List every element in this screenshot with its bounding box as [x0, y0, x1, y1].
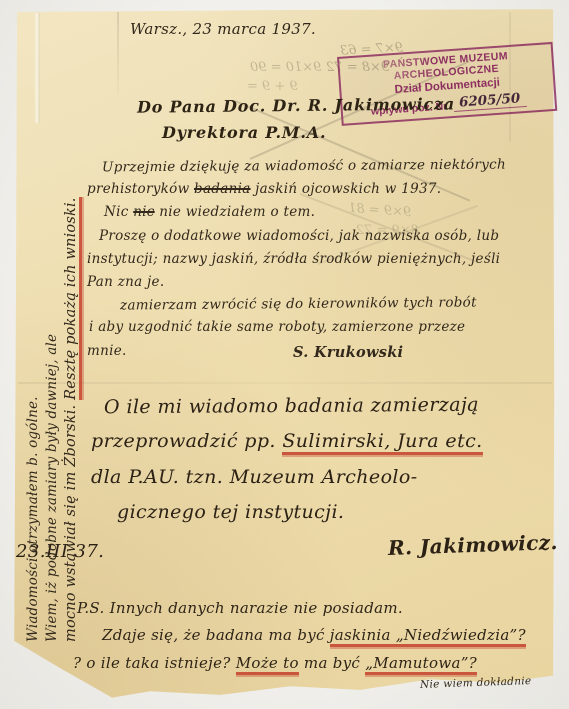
pencil-math: 9 + 9 = — [247, 79, 298, 94]
text: przeprowadzić pp. — [91, 430, 276, 452]
red-underlined-text: Sulimirski, Jura etc. — [282, 430, 482, 452]
body-line: i aby uzgodnić takie same roboty, zamier… — [89, 319, 465, 335]
text: mocno wstawiał się im Żborski. — [63, 405, 79, 642]
text: Nic — [104, 204, 129, 220]
text: prehistoryków — [87, 181, 189, 197]
stamp-number-handwritten: 6205/50 — [452, 90, 526, 112]
body-line: instytucji; nazwy jaskiń, źródła środków… — [87, 251, 500, 267]
address-line-1: Do Pana Doc. Dr. R. Jakimowicza — [137, 94, 455, 116]
scanned-letter: 9×7 = 63 9×8 = 72 9×10 = 90 9 + 9 = 9×9 … — [0, 0, 569, 709]
text: Zdaje się, że badana ma być — [102, 626, 325, 644]
reply-line: przeprowadzić pp. Sulimirski, Jura etc. — [91, 430, 483, 452]
text: jaskiń ojcowskich w 1937. — [255, 181, 441, 197]
text: ? o ile taka istnieje? — [73, 654, 231, 672]
body-line: Nic nic nie wiedziałem o tem. — [104, 204, 315, 220]
pencil-math: 9×10 = 90 — [250, 60, 321, 75]
text: nie wiedziałem o tem. — [159, 204, 315, 220]
address-line-2: Dyrektora P.M.A. — [162, 123, 326, 142]
ps-line: P.S. Innych danych narazie nie posiadam. — [77, 599, 403, 617]
reply-line: dla P.AU. tzn. Muzeum Archeolo- — [91, 466, 418, 488]
body-line: Uprzejmie dziękuję za wiadomość o zamiar… — [102, 157, 506, 176]
dateline: Warsz., 23 marca 1937. — [130, 20, 316, 38]
reply-line: O ile mi wiadomo badania zamierzają — [104, 394, 479, 419]
margin-note-line: Wiem, iż podobne zamiary były dawniej, a… — [43, 197, 62, 642]
red-underlined-text: „Mamutowa”? — [365, 654, 477, 672]
body-line: Proszę o dodatkowe wiadomości, jak nazwi… — [99, 228, 499, 244]
ps-line: Zdaje się, że badana ma być jaskinia „Ni… — [102, 626, 526, 644]
margin-note: Wiadomości otrzymałem b. ogólne. Wiem, i… — [24, 197, 81, 642]
struck-word: nic — [133, 204, 154, 220]
red-underlined-text: jaskinia „Niedźwiedzia”? — [330, 626, 526, 644]
body-line: prehistoryków badania jaskiń ojcowskich … — [87, 181, 441, 197]
ps-line: ? o ile taka istnieje? Może to ma być „M… — [73, 654, 477, 672]
ps-small-note: Nie wiem dokładnie — [420, 675, 532, 691]
body-line: Pan zna je. — [87, 274, 164, 290]
signature-jakimowicz: R. Jakimowicz. — [388, 530, 559, 560]
red-underlined-text: Resztę pokażą ich wnioski. — [63, 197, 79, 399]
margin-note-line: Wiadomości otrzymałem b. ogólne. — [24, 197, 43, 642]
signature-krukowski: S. Krukowski — [293, 344, 403, 361]
red-underlined-text: Może to — [236, 654, 299, 672]
reply-line: gicznego tej instytucji. — [117, 501, 344, 523]
body-line: zamierzam zwrócić się do kierowników tyc… — [120, 294, 477, 313]
body-line: mnie. — [87, 343, 127, 359]
margin-note-line: mocno wstawiał się im Żborski. Resztę po… — [62, 197, 81, 642]
text: ma być — [304, 654, 360, 672]
struck-word: badania — [194, 181, 251, 197]
